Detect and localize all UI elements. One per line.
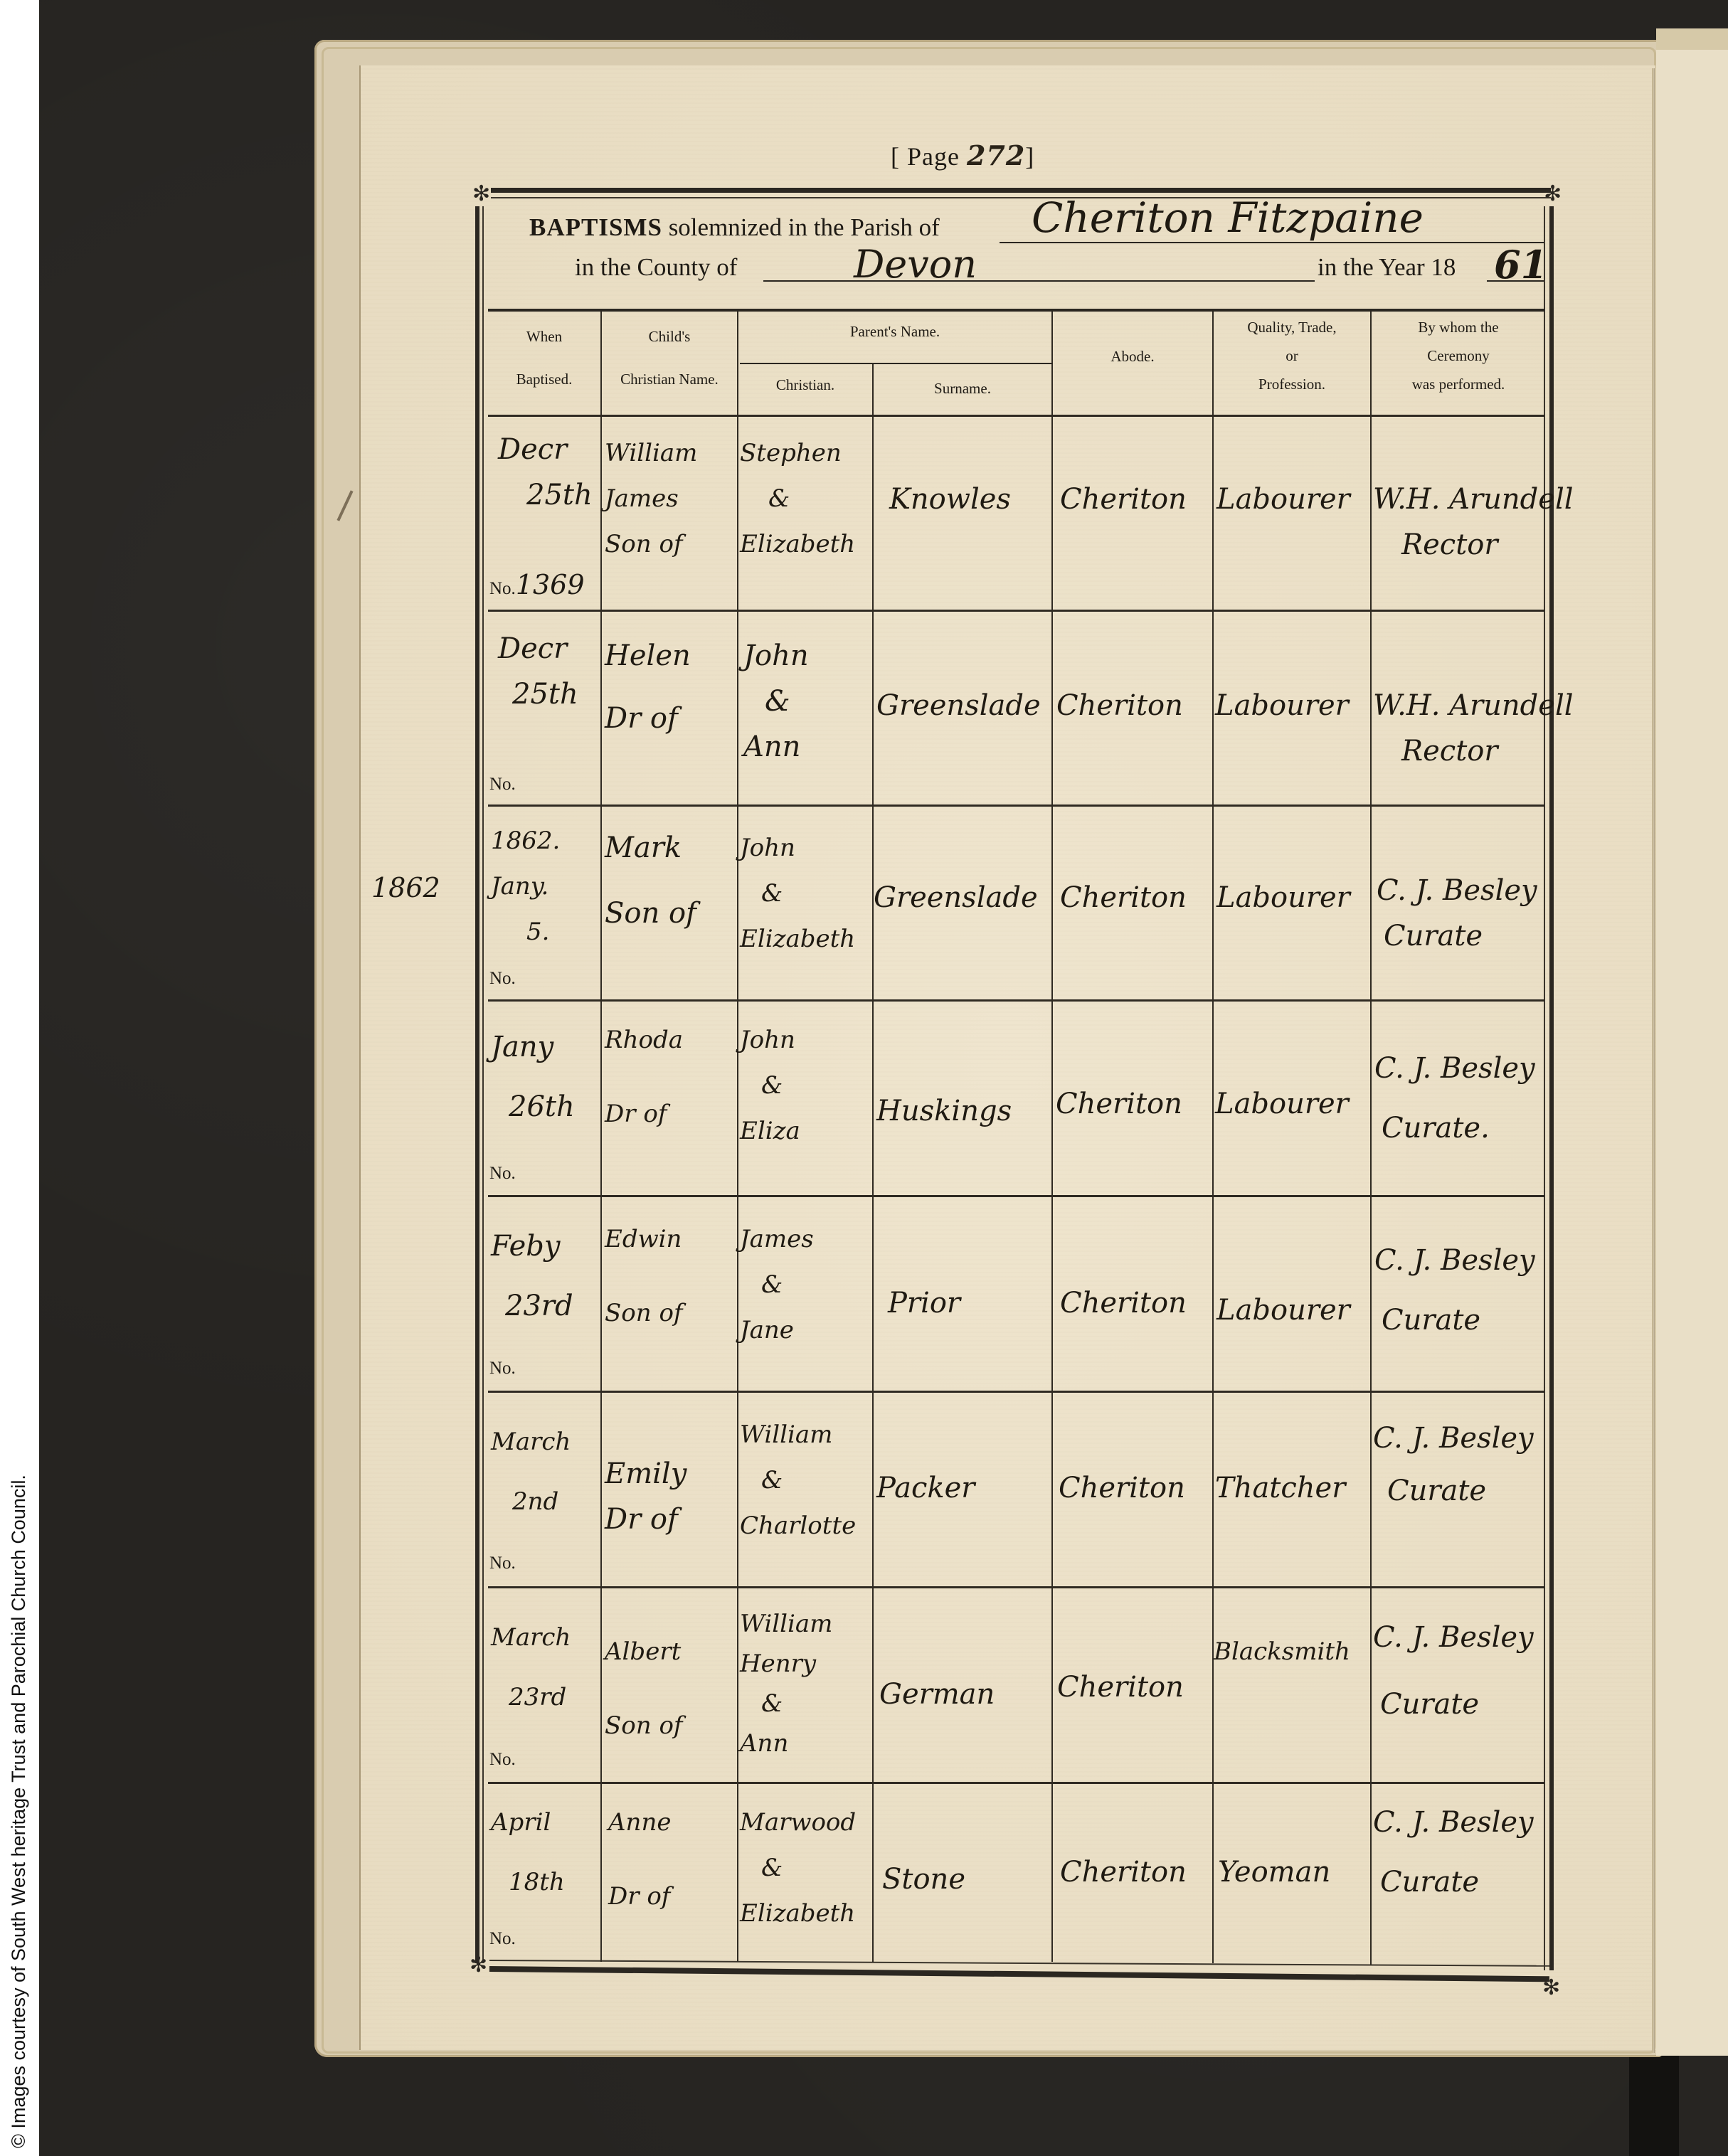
entry-when: March 23rd	[491, 1615, 571, 1720]
entry-child: Anne Dr of	[608, 1800, 671, 1919]
col-head-abode: Abode.	[1053, 341, 1212, 371]
entry-by-whom: C. J. Besley Curate	[1373, 1416, 1534, 1514]
column-divider	[1212, 312, 1214, 1963]
entry-parent-christian: John & Ann	[743, 633, 809, 770]
corner-star-icon: ✻	[1542, 1977, 1560, 1999]
entry-number: No.	[489, 1919, 516, 1950]
entry-surname: Knowles	[889, 477, 1011, 522]
entry-number: No.	[489, 1349, 516, 1380]
entry-parent-christian: John & Eliza	[740, 1017, 800, 1154]
entry-when-line: March	[491, 1419, 571, 1465]
heading-parish-label: solemnized in the Parish of	[669, 213, 940, 241]
entry-when-line: March	[491, 1615, 571, 1660]
entry-parent-line: &	[740, 1684, 832, 1724]
entry-child-line: Anne	[608, 1800, 671, 1845]
entry-surname: Prior	[888, 1280, 960, 1326]
entry-child-line: William	[605, 430, 697, 476]
column-divider	[737, 312, 738, 1962]
entry-number: No.	[489, 1154, 516, 1185]
corner-star-icon: ✻	[1544, 184, 1562, 205]
row-rule	[488, 804, 1545, 807]
entry-abode: Cheriton	[1060, 1849, 1187, 1895]
entry-child: Albert Son of	[605, 1629, 683, 1748]
entry-surname: Greenslade	[874, 875, 1038, 920]
entry-quality: Labourer	[1215, 1081, 1349, 1127]
entry-minister-title: Curate	[1373, 1859, 1534, 1905]
entry-by-whom: C. J. Besley Curate	[1377, 868, 1537, 959]
entry-by-whom: C. J. Besley Curate	[1373, 1615, 1534, 1727]
entry-when-line: 5.	[491, 909, 560, 955]
entry-when-line: April	[491, 1800, 565, 1845]
entry-when-line: 25th	[498, 671, 578, 717]
col-head-parent-christian: Christian.	[738, 370, 872, 400]
entry-parent-line: William	[740, 1604, 832, 1644]
entry-minister-title: Rector	[1373, 522, 1574, 568]
entry-parent-line: &	[740, 1262, 814, 1307]
entry-surname: German	[879, 1672, 995, 1717]
entry-number-label: No.	[489, 1750, 516, 1769]
col-head-by-whom: By whom the Ceremony was performed.	[1372, 313, 1545, 398]
column-divider	[1370, 312, 1372, 1965]
entry-abode: Cheriton	[1060, 875, 1187, 920]
entry-by-whom: C. J. Besley Curate	[1374, 1238, 1535, 1343]
entry-minister: W.H. Arundell	[1373, 477, 1574, 522]
frame-right-rule	[1549, 206, 1554, 1970]
county-value: Devon	[854, 242, 977, 287]
entry-parent-christian: William & Charlotte	[740, 1412, 856, 1549]
entry-quality: Labourer	[1217, 1287, 1350, 1333]
entry-minister: W.H. Arundell	[1373, 683, 1574, 728]
entry-abode: Cheriton	[1060, 477, 1187, 522]
parents-subrule	[740, 363, 1051, 364]
page-number-value: 272	[967, 139, 1025, 171]
county-blank	[763, 280, 1315, 282]
entry-child-line: Dr of	[605, 1091, 683, 1137]
corner-star-icon: ✻	[470, 1955, 487, 1976]
col-head-when-line: When	[488, 322, 600, 351]
entry-minister: C. J. Besley	[1374, 1238, 1535, 1283]
entry-parent-line: Eliza	[740, 1108, 800, 1154]
col-head-quality-line: Quality, Trade,	[1214, 313, 1370, 341]
facing-page-edge	[1656, 28, 1728, 53]
col-head-child: Child's Christian Name.	[602, 322, 737, 394]
entry-when: March 2nd	[491, 1419, 571, 1524]
frame-left-rule-thin	[482, 206, 484, 1963]
row-rule	[488, 1195, 1545, 1197]
entry-when: Decr 25th	[498, 427, 593, 518]
facing-page	[1656, 50, 1728, 2056]
entry-when-line: Decr	[498, 427, 593, 472]
frame-left-rule	[475, 206, 479, 1963]
entry-child: Mark Son of	[605, 825, 696, 936]
col-head-quality-line: or	[1214, 341, 1370, 370]
col-head-when: When Baptised.	[488, 322, 600, 394]
page-gutter	[1652, 68, 1655, 2053]
entry-child-line: Helen	[605, 633, 691, 679]
row-rule	[488, 1391, 1545, 1393]
col-head-parent-surname: Surname.	[874, 373, 1051, 403]
entry-number-label: No.	[489, 1359, 516, 1378]
entry-number-label: No.	[489, 1554, 516, 1573]
entry-minister-title: Curate.	[1374, 1105, 1535, 1151]
entry-parent-line: &	[740, 871, 855, 916]
entry-child: Helen Dr of	[605, 633, 691, 741]
heading-county-label: in the County of	[575, 253, 737, 281]
col-head-parents: Parent's Name.	[738, 317, 1051, 346]
entry-child-line: Dr of	[605, 696, 691, 741]
entry-child-line: Edwin	[605, 1216, 683, 1262]
entry-parent-line: &	[740, 1845, 856, 1891]
entry-child-line: Son of	[605, 1703, 683, 1748]
year-value: 61	[1494, 242, 1547, 287]
corner-star-icon: ✻	[472, 184, 490, 205]
entry-when-line: Jany.	[491, 864, 560, 909]
page-label: [ Page	[891, 142, 960, 171]
entry-number-label: No.	[489, 1164, 516, 1183]
entry-surname: Greenslade	[876, 683, 1041, 728]
entry-when-line: 1862.	[491, 818, 560, 864]
parish-blank	[1000, 242, 1544, 243]
entry-parent-line: Marwood	[740, 1800, 856, 1845]
entry-child-line: Emily	[605, 1451, 687, 1497]
spine-shadow	[1629, 2056, 1679, 2156]
entry-number: No.	[489, 765, 516, 796]
entry-child: Emily Dr of	[605, 1451, 687, 1542]
entry-parent-christian: John & Elizabeth	[740, 825, 855, 962]
row-rule	[488, 999, 1545, 1002]
entry-parent-line: &	[740, 1063, 800, 1108]
entry-parent-line: James	[740, 1216, 814, 1262]
margin-year-note: 1862	[371, 872, 440, 903]
entry-child: Rhoda Dr of	[605, 1017, 683, 1137]
year-label: in the Year 18	[1318, 253, 1456, 282]
entry-child-line: James	[605, 476, 697, 521]
row-rule	[488, 1782, 1545, 1784]
entry-number-label: No.	[489, 1929, 516, 1948]
entry-abode: Cheriton	[1059, 1465, 1185, 1511]
entry-when-line: Jany	[491, 1024, 575, 1070]
entry-minister: C. J. Besley	[1374, 1046, 1535, 1091]
entry-number: No.1369	[489, 569, 585, 600]
entry-child-line: Rhoda	[605, 1017, 683, 1063]
entry-number-label: No.	[489, 579, 516, 598]
entry-when: Decr 25th	[498, 626, 578, 717]
entry-when-line: 25th	[498, 472, 593, 518]
entry-number: No.	[489, 1740, 516, 1771]
entry-parent-line: Charlotte	[740, 1503, 856, 1549]
entry-child: Edwin Son of	[605, 1216, 683, 1336]
entry-minister-title: Curate	[1373, 1468, 1534, 1514]
entry-minister: C. J. Besley	[1377, 868, 1537, 913]
entry-number: No.	[489, 1544, 516, 1575]
entry-parent-line: Elizabeth	[740, 916, 855, 962]
entry-child-line: Son of	[605, 891, 696, 936]
entry-minister-title: Curate	[1374, 1297, 1535, 1343]
entry-quality: Labourer	[1217, 477, 1350, 522]
entry-minister-title: Curate	[1373, 1682, 1534, 1727]
entry-minister: C. J. Besley	[1373, 1800, 1534, 1845]
column-divider	[872, 364, 874, 1962]
entry-minister: C. J. Besley	[1373, 1416, 1534, 1461]
entry-by-whom: W.H. Arundell Rector	[1373, 477, 1574, 568]
entry-quality: Labourer	[1217, 875, 1350, 920]
entry-quality: Labourer	[1215, 683, 1349, 728]
entry-surname: Huskings	[876, 1088, 1012, 1134]
entry-quality: Blacksmith	[1214, 1629, 1350, 1674]
entry-parent-line: William	[740, 1412, 856, 1457]
copyright-credit: © Images courtesy of South West heritage…	[3, 1316, 34, 2148]
entry-when-line: 2nd	[491, 1479, 571, 1524]
entry-quality: Thatcher	[1215, 1465, 1345, 1511]
entry-child-line: Son of	[605, 521, 697, 567]
entry-quality: Yeoman	[1218, 1849, 1330, 1895]
entry-number-value: 1369	[516, 569, 585, 600]
entry-parent-line: Henry	[740, 1644, 832, 1684]
col-head-quality: Quality, Trade, or Profession.	[1214, 313, 1370, 398]
entry-when-line: Decr	[498, 626, 578, 671]
entry-when-line: 26th	[491, 1084, 575, 1130]
entry-abode: Cheriton	[1057, 1664, 1184, 1710]
entry-when: Jany 26th	[491, 1024, 575, 1130]
col-head-when-line: Baptised.	[488, 364, 600, 394]
entry-parent-christian: Marwood & Elizabeth	[740, 1800, 856, 1936]
entry-number-label: No.	[489, 775, 516, 794]
entry-parent-christian: James & Jane	[740, 1216, 814, 1353]
entry-surname: Stone	[882, 1857, 965, 1902]
entry-parent-line: John	[740, 1017, 800, 1063]
entry-parent-line: &	[740, 476, 855, 521]
parish-value: Cheriton Fitzpaine	[1032, 193, 1424, 242]
entry-when: April 18th	[491, 1800, 565, 1905]
entry-child-line: Mark	[605, 825, 696, 871]
frame-top-rule	[491, 188, 1551, 193]
entry-parent-christian: Stephen & Elizabeth	[740, 430, 855, 567]
col-head-by-whom-line: Ceremony	[1372, 341, 1545, 370]
entry-number: No.	[489, 959, 516, 990]
col-head-by-whom-line: was performed.	[1372, 370, 1545, 398]
entry-parent-line: Ann	[740, 1724, 832, 1763]
col-head-child-line: Child's	[602, 322, 737, 351]
entry-when: Feby 23rd	[491, 1223, 573, 1329]
entry-parent-line: John	[740, 825, 855, 871]
row-rule	[488, 1586, 1545, 1588]
heading-baptisms: BAPTISMS	[529, 213, 662, 241]
entry-child-line: Dr of	[608, 1874, 671, 1919]
entry-abode: Cheriton	[1056, 1081, 1182, 1127]
entry-parent-line: &	[740, 1457, 856, 1503]
entry-child-line: Albert	[605, 1629, 683, 1674]
entry-parent-line: John	[743, 633, 809, 679]
column-divider	[600, 312, 602, 1962]
entry-minister-title: Rector	[1373, 728, 1574, 774]
column-divider	[1051, 312, 1053, 1962]
entry-parent-line: Elizabeth	[740, 521, 855, 567]
entry-abode: Cheriton	[1056, 683, 1183, 728]
col-head-by-whom-line: By whom the	[1372, 313, 1545, 341]
entry-parent-christian: William Henry & Ann	[740, 1604, 832, 1763]
page-number: [ Page 272]	[891, 139, 1034, 171]
entry-parent-line: &	[743, 679, 809, 724]
entry-parent-line: Stephen	[740, 430, 855, 476]
entry-child: William James Son of	[605, 430, 697, 567]
entry-when-line: 18th	[491, 1859, 565, 1905]
entry-abode: Cheriton	[1060, 1280, 1187, 1326]
entry-parent-line: Elizabeth	[740, 1891, 856, 1936]
entry-when-line: 23rd	[491, 1674, 571, 1720]
page-label-close: ]	[1025, 142, 1034, 171]
row-rule	[488, 415, 1545, 417]
entry-child-line: Son of	[605, 1290, 683, 1336]
entry-number-label: No.	[489, 969, 516, 988]
entry-when-line: Feby	[491, 1223, 573, 1269]
col-head-quality-line: Profession.	[1214, 370, 1370, 398]
frame-right-rule-thin	[1544, 206, 1545, 1970]
entry-by-whom: C. J. Besley Curate	[1373, 1800, 1534, 1905]
entry-child-line: Dr of	[605, 1497, 687, 1542]
heading-line-1: BAPTISMS solemnized in the Parish of	[529, 213, 940, 242]
table-header-top-rule	[488, 309, 1545, 312]
heading-line-2: in the County of	[575, 253, 737, 282]
entry-minister: C. J. Besley	[1373, 1615, 1534, 1660]
entry-parent-line: Jane	[740, 1307, 814, 1353]
entry-minister-title: Curate	[1377, 913, 1537, 959]
entry-when-line: 23rd	[491, 1283, 573, 1329]
entry-by-whom: C. J. Besley Curate.	[1374, 1046, 1535, 1151]
col-head-child-line: Christian Name.	[602, 364, 737, 394]
entry-surname: Packer	[876, 1465, 975, 1511]
entry-parent-line: Ann	[743, 724, 809, 770]
row-rule	[488, 610, 1545, 612]
entry-when: 1862. Jany. 5.	[491, 818, 560, 955]
entry-by-whom: W.H. Arundell Rector	[1373, 683, 1574, 774]
